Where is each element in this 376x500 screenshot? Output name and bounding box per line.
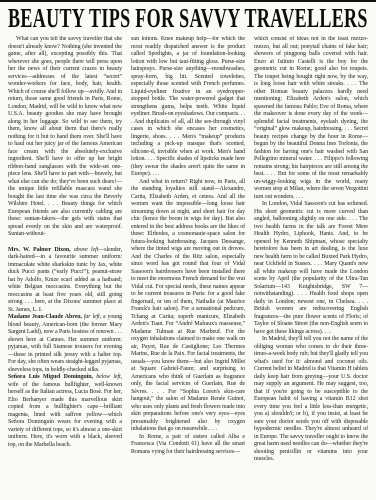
column-3: which consist of ideas not in the least … [254,36,368,498]
page-title-text: BEAUTY TIPS FOR SAVVY TRAVELLERS [8,5,368,32]
article-paragraph-paris: And what in return? Right now, in Paris,… [131,179,245,434]
column-2: sun lotions. Knee makeup help—for which … [131,36,245,498]
article-paragraph-continuation: sun lotions. Knee makeup help—for which … [131,36,245,179]
caption-text: —slender, dark-haired—in a favourite sum… [8,247,122,313]
article-paragraph-london: In London, Vidal Sassoon's cut has softe… [254,201,368,336]
caption-locator: above left [74,247,98,253]
caption-text: wife of the famous bullfighter, well-kno… [8,382,122,448]
article-paragraph-madrid: In Madrid, they'll tell you not the name… [254,336,368,464]
article-columns: What can you tell the savvy traveller th… [0,36,376,498]
caption-dixon: Mrs. W. Palmer Dixon, above left—slender… [8,247,122,315]
column-1: What can you tell the savvy traveller th… [8,36,122,498]
caption-name: Señora Luis Miguel Dominguín, [8,374,96,380]
caption-abreu: Madame Jean-Claude Abreu, far left, a yo… [8,314,122,374]
caption-name: Mrs. W. Palmer Dixon, [8,247,74,253]
top-rule [0,0,376,2]
caption-text: a young blond beauty, American-born (the… [8,314,122,373]
caption-name: Madame Jean-Claude Abreu, [8,314,84,320]
photo-captions: Mrs. W. Palmer Dixon, above left—slender… [8,247,122,450]
page-title: BEAUTY TIPS FOR SAVVY TRAVELLERS [8,5,368,32]
magazine-page: BEAUTY TIPS FOR SAVVY TRAVELLERS What ca… [0,0,376,500]
caption-locator: below left, [96,374,122,380]
article-paragraph-rome-continuation: which consist of ideas not in the least … [254,36,368,201]
article-paragraph-opening: What can you tell the savvy traveller th… [8,36,122,239]
caption-dominguin: Señora Luis Miguel Dominguín, below left… [8,374,122,449]
caption-locator: far left, [84,314,103,320]
article-paragraph-rome-start: In Rome, a pair of sisters called Alba e… [131,434,245,457]
